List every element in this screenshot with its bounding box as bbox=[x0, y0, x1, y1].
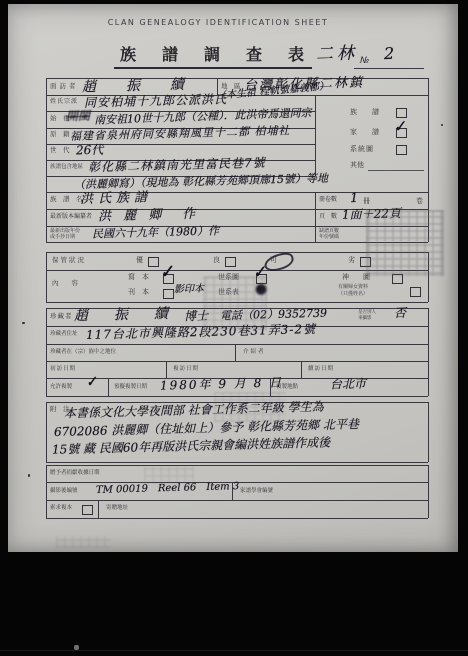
second-visit-label: 複訪日期 bbox=[173, 366, 199, 372]
copy-date-label: 預擬複製日期 bbox=[114, 384, 147, 390]
table-line bbox=[315, 192, 316, 242]
condition-checkbox-good bbox=[225, 257, 236, 267]
table-line bbox=[46, 344, 428, 345]
first-visit-label: 初訪日期 bbox=[50, 366, 76, 372]
collector-name: 趙 振 續 bbox=[74, 307, 174, 324]
pubyear-label-line2: 或手抄日期 bbox=[50, 235, 75, 241]
receipt-date-label: 贈予者捐獻收據日期 bbox=[50, 470, 100, 476]
doc-title-en: CLAN GENEALOGY IDENTIFICATION SHEET bbox=[68, 18, 368, 27]
table-line bbox=[46, 402, 47, 462]
film-number-value: TM 00019 Reel 66 Item 3 bbox=[96, 482, 239, 496]
genealogy-form-page: CLAN GENEALOGY IDENTIFICATION SHEET 族 譜 … bbox=[8, 4, 458, 552]
table-line bbox=[46, 465, 47, 518]
lineage-label: 姓氏宗派 bbox=[50, 99, 78, 106]
no-underline bbox=[354, 68, 424, 69]
genre-item-label: 族 譜 bbox=[350, 108, 383, 116]
scan-speck bbox=[22, 322, 25, 324]
copy-permit-label: 允許複製 bbox=[50, 384, 72, 390]
genre-check-mark: ✓ bbox=[393, 119, 407, 135]
coverage-label: 族譜包含地區 bbox=[50, 164, 83, 170]
no-label: № bbox=[360, 56, 369, 66]
content-checkbox-print bbox=[163, 289, 174, 299]
content-print-note: 影印本 bbox=[174, 285, 204, 296]
table-line bbox=[46, 518, 428, 519]
copy-date-value: 1980年 9 月 8 日 bbox=[160, 376, 283, 391]
photo-permission-label-line1: 是否別人 bbox=[358, 310, 376, 315]
table-line bbox=[46, 252, 47, 302]
interviewee-label: 面訪者 bbox=[50, 83, 79, 90]
lineage-value: 同安柏埔十九郎公派洪氏 bbox=[84, 93, 227, 109]
third-visit-label: 續訪日期 bbox=[308, 366, 334, 372]
ancestor-scribble: 開閩 bbox=[66, 110, 90, 123]
table-line bbox=[428, 465, 429, 518]
title-place-annotation: 二林 bbox=[316, 45, 358, 63]
photo-permission-answer: 否 bbox=[394, 307, 406, 319]
content-women-label-line1: 有關婦女資料 bbox=[338, 285, 368, 291]
scanned-microfilm-frame: CLAN GENEALOGY IDENTIFICATION SHEET 族 譜 … bbox=[0, 0, 468, 656]
genre-checkbox-chart bbox=[396, 145, 407, 155]
volumes-unit-juan: 卷 bbox=[416, 197, 423, 205]
no-value: 2 bbox=[384, 46, 395, 62]
genre-other-underline bbox=[368, 170, 424, 171]
table-line bbox=[46, 500, 428, 501]
notes-line3: 15號 藏 民國60年再版洪氏宗親會編洪姓族譜作成後 bbox=[52, 436, 330, 455]
table-line bbox=[46, 465, 428, 466]
condition-option-poor: 劣 bbox=[348, 256, 355, 264]
copy-place-value: 台北市 bbox=[330, 378, 366, 391]
bleedthrough-stamp bbox=[56, 536, 111, 548]
compiler-label: 最新版本編纂者 bbox=[50, 214, 92, 221]
photo-permission-label-line2: 來攝影 bbox=[358, 316, 372, 321]
table-line bbox=[98, 500, 99, 518]
generations-value: 26代 bbox=[76, 144, 104, 157]
introducer-label: 介紹者 bbox=[243, 349, 266, 355]
table-line bbox=[46, 78, 47, 242]
doc-title-zh: 族 譜 調 查 表 bbox=[120, 46, 309, 64]
genealogy-name-label: 族 譜 名 bbox=[50, 196, 83, 203]
content-print-label: 刊 本 bbox=[128, 288, 149, 296]
content-label: 內 容 bbox=[52, 280, 78, 287]
genre-item-label: 系統圖 bbox=[350, 145, 374, 153]
origin-label: 原 籍 bbox=[50, 131, 70, 138]
copy-request-checkbox bbox=[82, 505, 93, 515]
content-manuscript-label: 寫 本 bbox=[128, 273, 149, 281]
bleedthrough-stamp bbox=[203, 276, 267, 330]
missing-label-line2: 年份號碼 bbox=[319, 235, 339, 241]
condition-checkbox-excellent bbox=[148, 257, 159, 267]
title-underline bbox=[114, 67, 312, 69]
send-address-label: 寄贈地址 bbox=[106, 505, 128, 511]
condition-option-good: 良 bbox=[213, 256, 220, 264]
compiler-value: 洪 麗 卿 作 bbox=[98, 208, 200, 224]
scan-speck bbox=[441, 124, 443, 126]
table-line bbox=[108, 378, 109, 396]
content-checkbox-women bbox=[410, 287, 421, 297]
copy-place-label: 複製地點 bbox=[276, 384, 298, 390]
genre-item-label: 家 譜 bbox=[350, 128, 383, 136]
table-line bbox=[46, 308, 47, 396]
copy-request-label: 索求複本 bbox=[50, 505, 72, 511]
genre-checkbox-zupu bbox=[396, 108, 407, 118]
table-line bbox=[428, 308, 429, 396]
collector-address-label: 珍藏者住址 bbox=[50, 331, 78, 337]
table-line bbox=[315, 95, 316, 176]
pages-label: 頁 數 bbox=[319, 214, 337, 221]
table-line bbox=[428, 402, 429, 462]
table-line bbox=[301, 361, 302, 378]
genre-item-label: 其他 bbox=[350, 161, 364, 169]
scan-speck bbox=[28, 474, 30, 477]
volumes-value: 1 bbox=[350, 192, 359, 205]
content-manuscript-check: ✓ bbox=[159, 263, 175, 281]
coverage-value: 彰化縣二林鎮南光里富民巷7號 bbox=[88, 157, 266, 174]
generations-label: 世 代 bbox=[50, 147, 70, 154]
copy-permit-check: ✓ bbox=[85, 375, 98, 390]
bleedthrough-stamp bbox=[366, 210, 444, 276]
interviewee-value: 趙 振 續 bbox=[82, 78, 192, 95]
collector-label: 珍藏者 bbox=[50, 313, 73, 320]
collector-role-label: 珍藏者在（宗）族中之地位 bbox=[50, 349, 116, 355]
bleedthrough-stamp bbox=[144, 466, 194, 484]
bleedthrough-stamp bbox=[214, 392, 286, 422]
content-women-label-line2: （只僅姓名） bbox=[338, 292, 368, 298]
film-frame-line bbox=[0, 650, 468, 651]
film-number-label: 攝影後編號 bbox=[50, 488, 78, 494]
table-line bbox=[235, 344, 236, 361]
table-line bbox=[166, 361, 167, 378]
ancestor-value: 南安祖10世十九郎（公種）．此洪帝焉還同宗 bbox=[94, 107, 312, 126]
genealogy-name-value: 洪氏族譜 bbox=[80, 191, 152, 206]
table-line bbox=[46, 361, 428, 362]
society-number-label: 家譜學會編號 bbox=[240, 488, 273, 494]
table-line bbox=[46, 462, 428, 463]
condition-option-excellent: 優 bbox=[136, 256, 143, 264]
volumes-unit-ce: 冊 bbox=[363, 197, 370, 205]
pubyear-value: 民國六十九年（1980）作 bbox=[92, 225, 219, 239]
volumes-label: 冊卷數 bbox=[319, 197, 337, 204]
condition-label: 保管狀況 bbox=[52, 257, 86, 264]
